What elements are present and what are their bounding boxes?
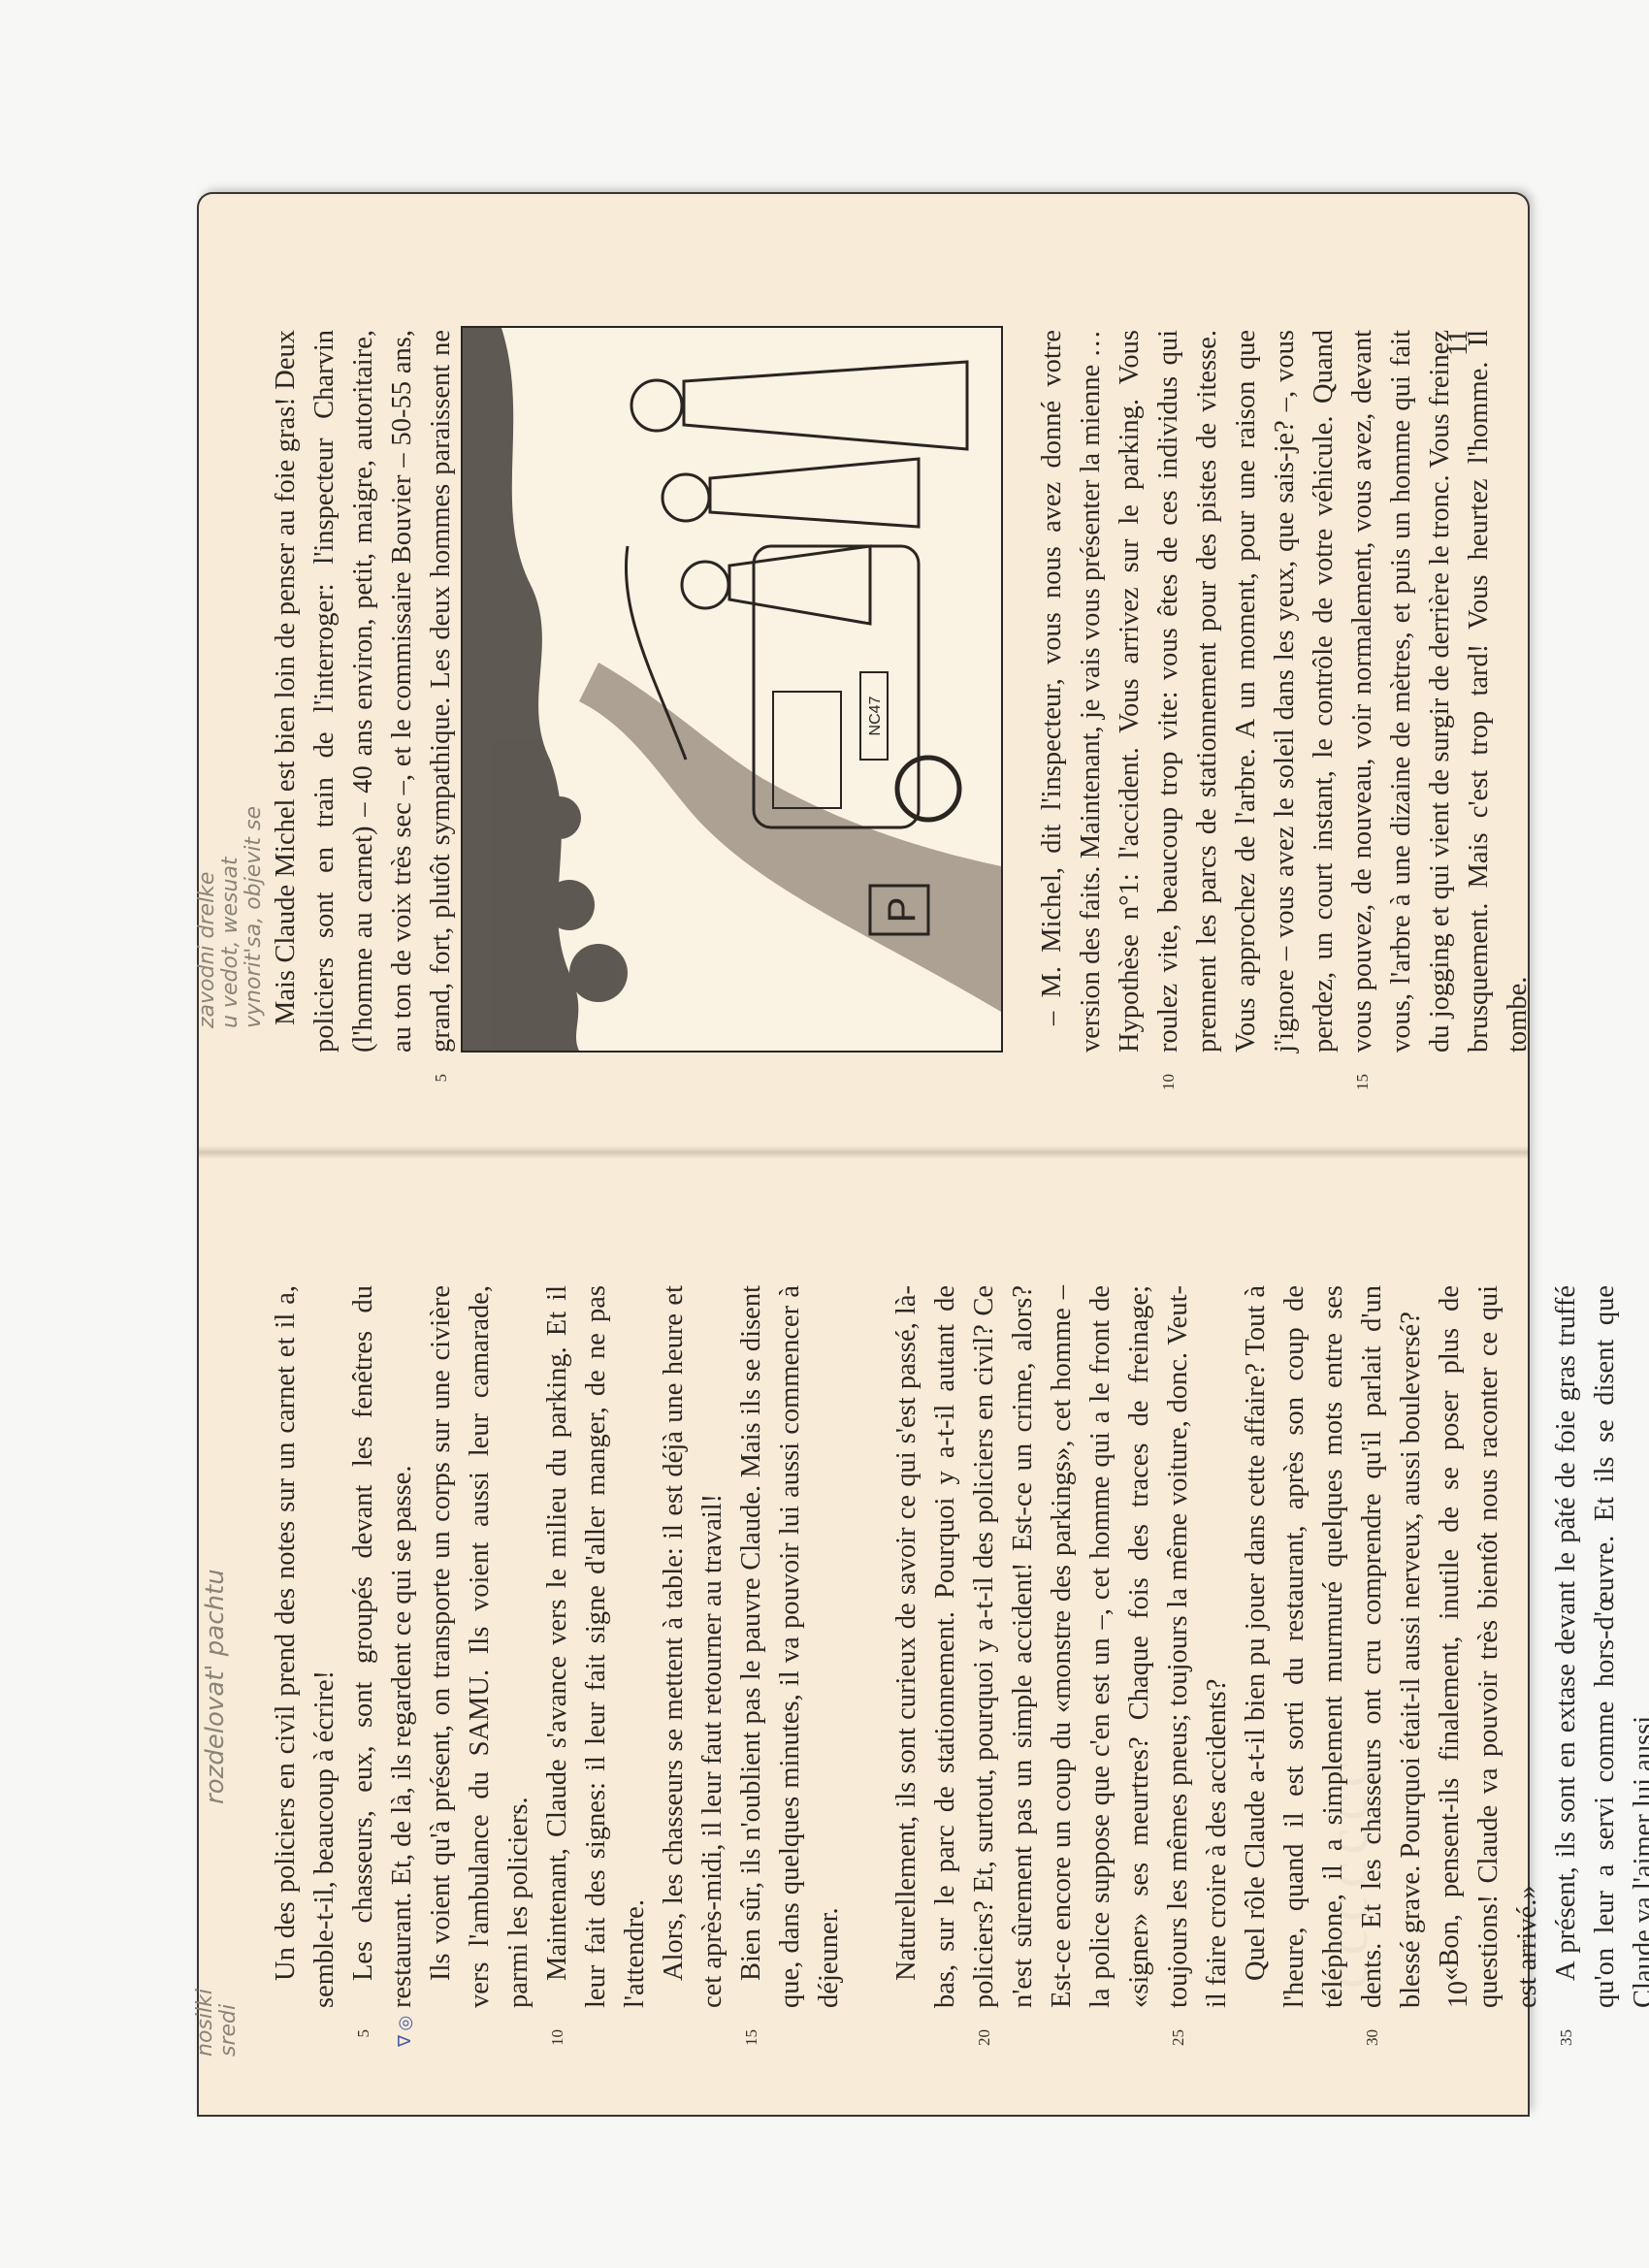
paragraph: «Bon, pensent-ils finalement, inutile de…: [1431, 1285, 1547, 2008]
line-number: 10: [538, 2029, 577, 2068]
paragraph: Un des policiers en civil prend des note…: [267, 1285, 344, 2008]
paragraph: Maintenant, Claude s'avance vers le mili…: [538, 1285, 655, 2008]
paragraph: Les chasseurs, eux, sont groupés devant …: [344, 1285, 422, 2008]
ink-drawing: NC47 P: [463, 328, 1001, 1051]
line-number: 5: [344, 2029, 383, 2068]
paragraph: A présent, ils sont en extase devant le …: [1547, 1285, 1649, 2008]
page-11: zavodni drelke u vedot, wesuat vynorit's…: [199, 194, 1528, 1145]
book-gutter: [199, 1146, 1528, 1159]
page-10: nosilki sredi rozdelovat' pachtu 5 ∇ ◎ 1…: [199, 1159, 1528, 2115]
line-number: 10: [1149, 1074, 1188, 1113]
page-11-body-bottom: 10 15 – M. Michel, dit l'inspecteur, vou…: [1033, 330, 1537, 1053]
bleed-through-text: ccccccc: [1314, 1754, 1381, 1989]
line-number: 20: [965, 2029, 1004, 2068]
paragraph: Ils voient qu'à présent, on transporte u…: [422, 1285, 538, 2008]
page-number: 10: [1443, 1981, 1474, 2008]
handwritten-note: u vedot, wesuat: [218, 857, 242, 1028]
paragraph: Bien sûr, ils n'oublient pas le pauvre C…: [732, 1285, 849, 2008]
license-plate: NC47: [867, 696, 884, 735]
line-number: 15: [732, 2029, 771, 2068]
line-number: 5: [422, 1074, 461, 1113]
line-number: 30: [1353, 2029, 1392, 2068]
paragraph: – M. Michel, dit l'inspecteur, vous nous…: [1033, 330, 1537, 1053]
handwritten-note: rozdelovat' pachtu: [201, 1569, 230, 1804]
handwritten-note: nosilki: [193, 1989, 217, 2057]
paragraph: Alors, les chasseurs se mettent à table:…: [655, 1285, 732, 2008]
handwritten-note: sredi: [216, 2004, 241, 2057]
line-number: 25: [1159, 2029, 1198, 2068]
svg-text:P: P: [881, 897, 923, 923]
handwritten-note: zavodni drelke: [195, 872, 219, 1028]
line-number: 15: [1343, 1074, 1382, 1113]
handwritten-note: vynorit'sa, objevit se: [242, 806, 266, 1028]
margin-mark: ∇ ◎: [385, 2016, 424, 2047]
page-10-body: 5 ∇ ◎ 10 15 20 25 30 35 Un des policiers…: [267, 1285, 1649, 2008]
page-number: 11: [1443, 330, 1474, 356]
book-spread: nosilki sredi rozdelovat' pachtu 5 ∇ ◎ 1…: [199, 194, 1528, 2115]
line-number: 35: [1547, 2029, 1586, 2068]
paragraph: Naturellement, ils sont curieux de savoi…: [888, 1285, 1237, 2008]
illustration-police-scene: NC47 P: [461, 326, 1003, 1053]
